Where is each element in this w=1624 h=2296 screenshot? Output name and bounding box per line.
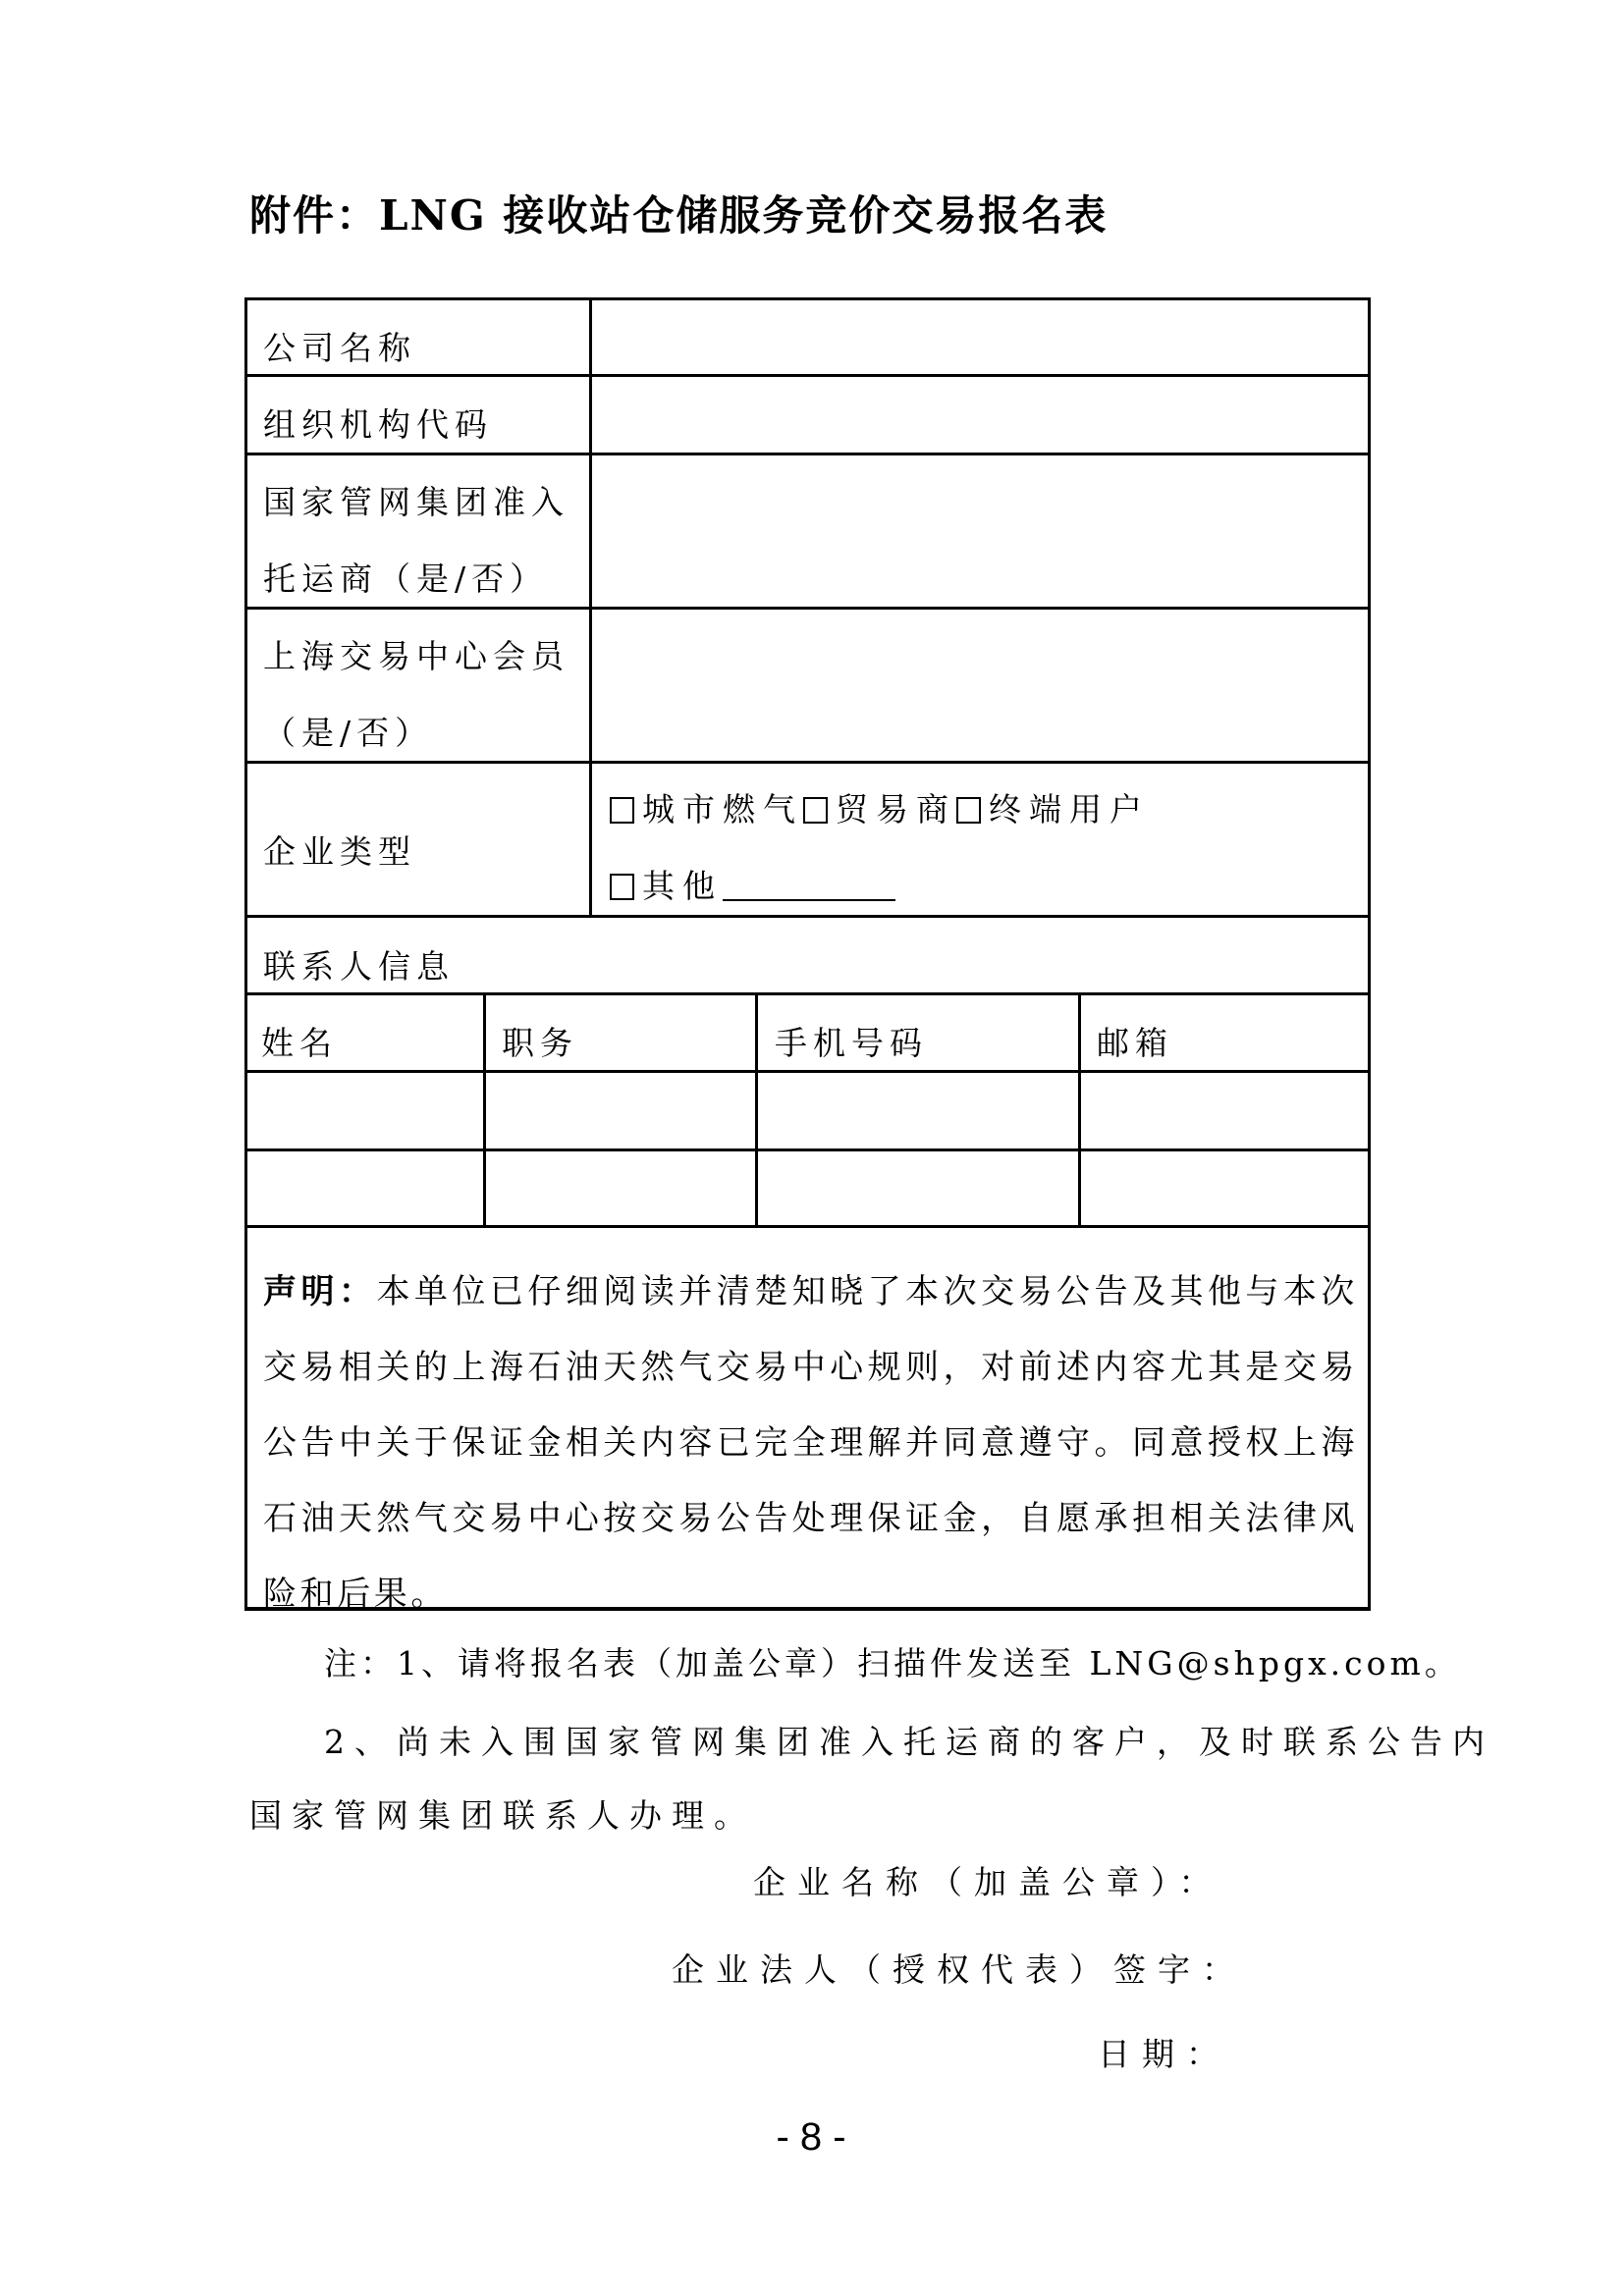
row-divider <box>245 915 1371 918</box>
contact-info-label: 联系人信息 <box>263 947 455 987</box>
row-divider <box>245 761 1371 764</box>
exchange-member-field[interactable] <box>593 610 1367 761</box>
signature-date-label: 日期： <box>1098 2035 1230 2074</box>
option-trader: 贸易商 <box>836 790 956 828</box>
contact-2-phone-field[interactable] <box>758 1151 1078 1225</box>
checkbox-other[interactable] <box>610 874 634 900</box>
note-1: 注：1、请将报名表（加盖公章）扫描件发送至 LNG@shpgx.com。 <box>324 1644 1461 1683</box>
row-divider <box>245 992 1371 995</box>
declaration-text: 本单位已仔细阅读并清楚知晓了本次交易公告及其他与本次交易相关的上海石油天然气交易… <box>263 1272 1358 1614</box>
signature-company-label: 企业名称（加盖公章）： <box>753 1863 1223 1902</box>
contact-2-email-field[interactable] <box>1081 1151 1368 1225</box>
contact-header-title: 职务 <box>502 1024 578 1063</box>
signature-legal-rep-label: 企业法人（授权代表）签字： <box>672 1950 1246 1990</box>
contact-1-name-field[interactable] <box>248 1073 483 1148</box>
other-text-field[interactable] <box>723 870 895 901</box>
exchange-member-label-line2: （是/否） <box>263 714 433 753</box>
row-divider <box>245 1225 1371 1228</box>
pipeline-shipper-label-line1: 国家管网集团准入 <box>263 483 569 522</box>
company-name-label: 公司名称 <box>263 329 416 368</box>
contact-1-email-field[interactable] <box>1081 1073 1368 1148</box>
enterprise-type-options-line1: 城市燃气贸易商终端用户 <box>610 790 1150 829</box>
checkbox-end-user[interactable] <box>956 797 981 824</box>
declaration-prefix: 声明： <box>263 1272 376 1311</box>
note-2-line2: 国家管网集团联系人办理。 <box>249 1796 756 1836</box>
contact-2-name-field[interactable] <box>248 1151 483 1225</box>
checkbox-trader[interactable] <box>803 797 828 824</box>
enterprise-type-options-line2: 其他 <box>610 867 895 906</box>
enterprise-type-label: 企业类型 <box>263 832 416 872</box>
table-border-left <box>244 297 247 1611</box>
contact-header-email: 邮箱 <box>1097 1024 1173 1063</box>
contact-1-title-field[interactable] <box>486 1073 755 1148</box>
company-name-field[interactable] <box>593 300 1367 374</box>
org-code-field[interactable] <box>593 377 1367 453</box>
contact-1-phone-field[interactable] <box>758 1073 1078 1148</box>
contact-header-phone: 手机号码 <box>775 1024 928 1063</box>
exchange-member-label-line1: 上海交易中心会员 <box>263 637 569 676</box>
contact-2-title-field[interactable] <box>486 1151 755 1225</box>
contact-header-name: 姓名 <box>261 1024 338 1063</box>
declaration: 声明：本单位已仔细阅读并清楚知晓了本次交易公告及其他与本次交易相关的上海石油天然… <box>263 1255 1358 1632</box>
note-2-line1: 2、尚未入围国家管网集团准入托运商的客户，及时联系公告内 <box>324 1723 1494 1762</box>
option-city-gas: 城市燃气 <box>642 790 803 828</box>
pipeline-shipper-label-line2: 托运商（是/否） <box>263 560 548 599</box>
table-border-right <box>1368 297 1371 1611</box>
pipeline-shipper-field[interactable] <box>593 455 1367 607</box>
org-code-label: 组织机构代码 <box>263 405 493 445</box>
checkbox-city-gas[interactable] <box>610 797 634 824</box>
page-title: 附件：LNG 接收站仓储服务竞价交易报名表 <box>249 190 1108 241</box>
option-other: 其他 <box>642 867 723 905</box>
page-number: - 8 - <box>766 2114 856 2160</box>
label-column-divider <box>589 297 592 918</box>
option-end-user: 终端用户 <box>989 790 1150 828</box>
